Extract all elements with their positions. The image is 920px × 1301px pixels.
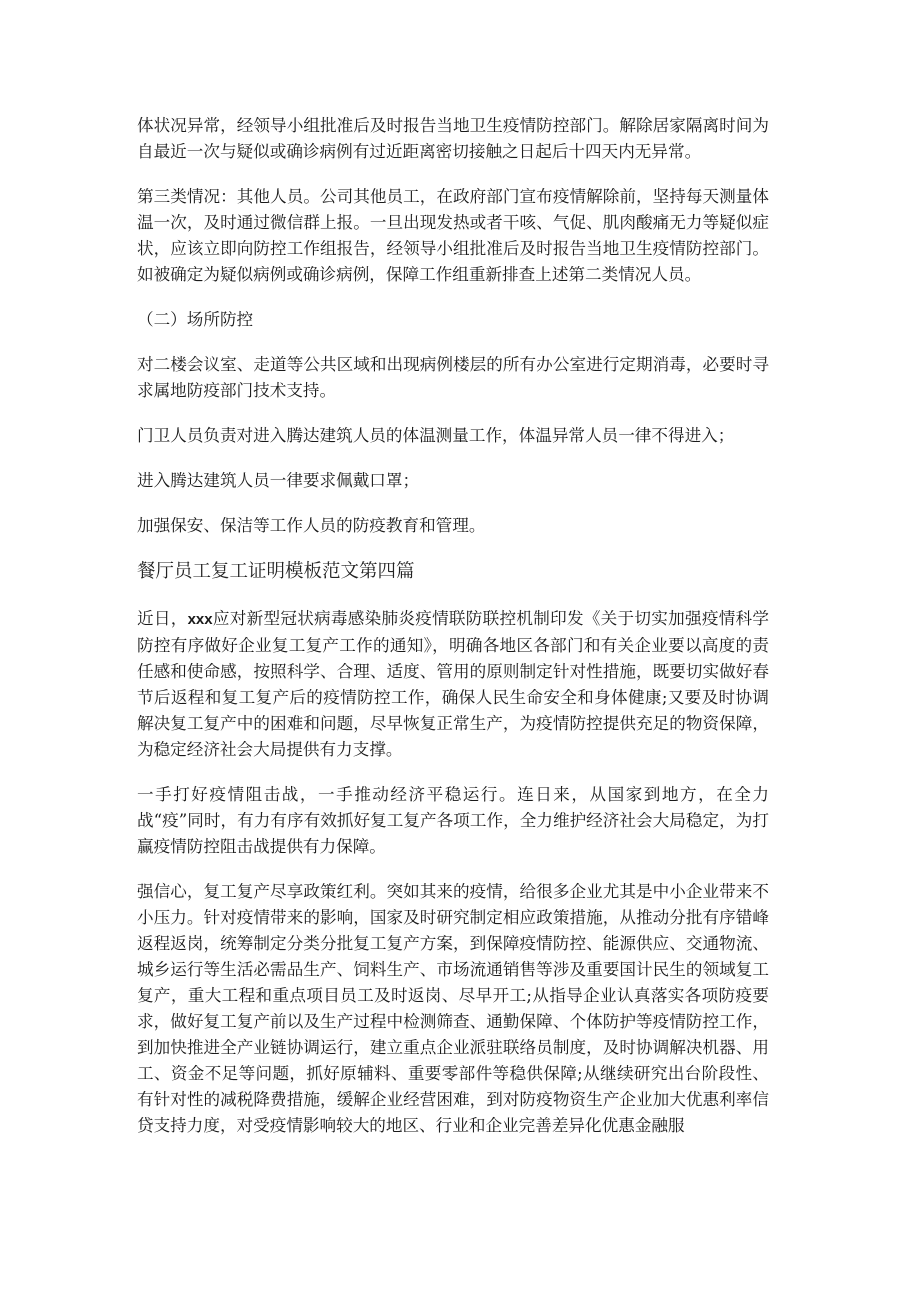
paragraph-notice: 近日，xxx应对新型冠状病毒感染肺炎疫情联防联控机制印发《关于切实加强疫情科学防… — [137, 606, 769, 763]
paragraph-notice-text: 应对新型冠状病毒感染肺炎疫情联防联控机制印发《关于切实加强疫情科学防控有序做好企… — [137, 609, 769, 759]
paragraph-gate-temperature: 门卫人员负责对进入腾达建筑人员的体温测量工作，体温异常人员一律不得进入； — [137, 423, 769, 449]
paragraph-prefix: 近日， — [137, 609, 188, 628]
paragraph-disinfection: 对二楼会议室、走道等公共区域和出现病例楼层的所有办公室进行定期消毒，必要时寻求属… — [137, 352, 769, 404]
paragraph-policy-benefits: 强信心，复工复产尽享政策红利。突如其来的疫情，给很多企业尤其是中小企业带来不小压… — [137, 879, 769, 1139]
paragraph-economy: 一手打好疫情阻击战，一手推动经济平稳运行。连日来，从国家到地方，在全力战“疫”同… — [137, 782, 769, 860]
document-page: 体状况异常，经领导小组批准后及时报告当地卫生疫情防控部门。解除居家隔离时间为自最… — [137, 113, 769, 1158]
paragraph-category-three: 第三类情况：其他人员。公司其他员工，在政府部门宣布疫情解除前，坚持每天测量体温一… — [137, 184, 769, 288]
section-heading: 餐厅员工复工证明模板范文第四篇 — [137, 558, 769, 586]
paragraph-staff-education: 加强保安、保洁等工作人员的防疫教育和管理。 — [137, 513, 769, 539]
subheading-venue-control: （二）场所防控 — [137, 307, 769, 333]
paragraph-abnormal-health: 体状况异常，经领导小组批准后及时报告当地卫生疫情防控部门。解除居家隔离时间为自最… — [137, 113, 769, 165]
placeholder-xxx: xxx — [188, 611, 213, 628]
paragraph-mask-requirement: 进入腾达建筑人员一律要求佩戴口罩； — [137, 468, 769, 494]
